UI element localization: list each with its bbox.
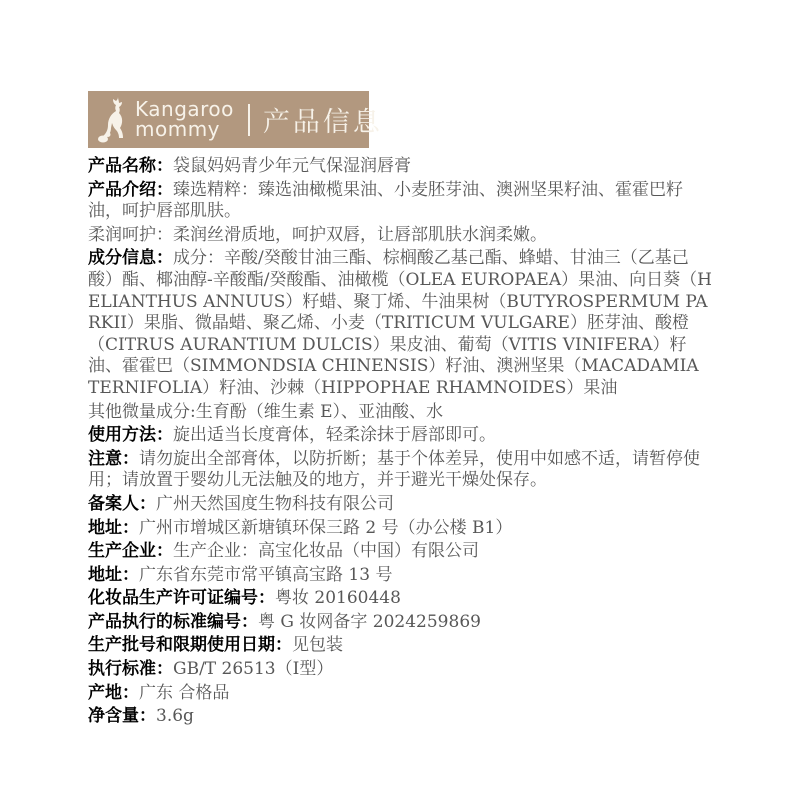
field-label: 产品执行的标准编号： — [88, 612, 258, 632]
page-title: 产品信息 — [263, 100, 383, 139]
field-label: 产地： — [88, 683, 139, 703]
field-value: 旋出适当长度膏体，轻柔涂抹于唇部即可。 — [173, 425, 496, 445]
field-label: 地址： — [88, 518, 139, 538]
row-origin: 产地：广东 合格品 — [88, 683, 714, 705]
row-license-number: 化妆品生产许可证编号：粤妆 20160448 — [88, 588, 714, 610]
field-label: 净含量： — [88, 706, 156, 726]
row-soft-care: 柔润呵护：柔润丝滑质地，呵护双唇，让唇部肌肤水润柔嫩。 — [88, 225, 714, 247]
row-ingredients: 成分信息：成分：辛酸/癸酸甘油三酯、棕榈酸乙基己酯、蜂蜡、甘油三（乙基己酸）酯、… — [88, 248, 714, 399]
field-label: 生产企业： — [88, 541, 173, 561]
field-label: 产品名称： — [88, 156, 173, 176]
field-value: 袋鼠妈妈青少年元气保湿润唇膏 — [173, 156, 411, 176]
row-net-content: 净含量：3.6g — [88, 706, 714, 728]
field-value: 广东 合格品 — [139, 683, 229, 703]
row-product-intro: 产品介绍：臻选精粹：臻选油橄榄果油、小麦胚芽油、澳洲坚果籽油、霍霍巴籽油，呵护唇… — [88, 180, 714, 223]
field-value: 粤妆 20160448 — [275, 588, 401, 608]
row-manufacturer-address: 地址：广东省东莞市常平镇高宝路 13 号 — [88, 565, 714, 587]
row-product-name: 产品名称：袋鼠妈妈青少年元气保湿润唇膏 — [88, 156, 714, 178]
row-manufacturer: 生产企业：生产企业：高宝化妆品（中国）有限公司 — [88, 541, 714, 563]
brand-name: Kangaroo mommy — [135, 100, 234, 139]
field-value: 粤 G 妆网备字 2024259869 — [258, 612, 481, 632]
field-label: 注意： — [88, 449, 139, 469]
product-info-body: 产品名称：袋鼠妈妈青少年元气保湿润唇膏 产品介绍：臻选精粹：臻选油橄榄果油、小麦… — [88, 156, 714, 730]
row-usage: 使用方法：旋出适当长度膏体，轻柔涂抹于唇部即可。 — [88, 425, 714, 447]
field-value: 广州天然国度生物科技有限公司 — [156, 494, 394, 514]
field-value: 广东省东莞市常平镇高宝路 13 号 — [139, 565, 392, 585]
product-info-page: Kangaroo mommy 产品信息 产品名称：袋鼠妈妈青少年元气保湿润唇膏 … — [0, 0, 800, 800]
row-registrant-address: 地址：广州市增城区新塘镇环保三路 2 号（办公楼 B1） — [88, 518, 714, 540]
field-value: GB/T 26513（Ⅰ型） — [173, 659, 333, 679]
brand-name-line2: mommy — [135, 120, 234, 140]
row-standard-number: 产品执行的标准编号：粤 G 妆网备字 2024259869 — [88, 612, 714, 634]
field-value: 请勿旋出全部膏体，以防折断；基于个体差异，使用中如感不适，请暂停使用；请放置于婴… — [88, 449, 700, 491]
row-exec-standard: 执行标准：GB/T 26513（Ⅰ型） — [88, 659, 714, 681]
field-value: 广州市增城区新塘镇环保三路 2 号（办公楼 B1） — [139, 518, 512, 538]
field-label: 生产批号和限期使用日期： — [88, 635, 292, 655]
field-label: 化妆品生产许可证编号： — [88, 588, 275, 608]
field-value: 见包装 — [292, 635, 343, 655]
field-label: 成分信息： — [88, 248, 173, 268]
field-label: 执行标准： — [88, 659, 173, 679]
row-trace-ingredients: 其他微量成分:生育酚（维生素 E）、亚油酸、水 — [88, 402, 714, 424]
row-caution: 注意：请勿旋出全部膏体，以防折断；基于个体差异，使用中如感不适，请暂停使用；请放… — [88, 449, 714, 492]
row-registrant: 备案人：广州天然国度生物科技有限公司 — [88, 494, 714, 516]
header-divider — [248, 104, 250, 136]
field-label: 地址： — [88, 565, 139, 585]
field-value: 成分：辛酸/癸酸甘油三酯、棕榈酸乙基己酯、蜂蜡、甘油三（乙基己酸）酯、椰油醇-辛… — [88, 248, 712, 398]
field-label: 使用方法： — [88, 425, 173, 445]
field-value: 其他微量成分:生育酚（维生素 E）、亚油酸、水 — [88, 402, 443, 422]
field-value: 臻选精粹：臻选油橄榄果油、小麦胚芽油、澳洲坚果籽油、霍霍巴籽油，呵护唇部肌肤。 — [88, 180, 683, 222]
field-value: 柔润呵护：柔润丝滑质地，呵护双唇，让唇部肌肤水润柔嫩。 — [88, 225, 547, 245]
kangaroo-logo-icon — [96, 97, 130, 143]
field-label: 产品介绍： — [88, 180, 173, 200]
row-batch-and-expiry: 生产批号和限期使用日期：见包装 — [88, 635, 714, 657]
field-label: 备案人： — [88, 494, 156, 514]
field-value: 生产企业：高宝化妆品（中国）有限公司 — [173, 541, 479, 561]
brand-banner: Kangaroo mommy 产品信息 — [88, 91, 369, 148]
field-value: 3.6g — [156, 706, 194, 726]
